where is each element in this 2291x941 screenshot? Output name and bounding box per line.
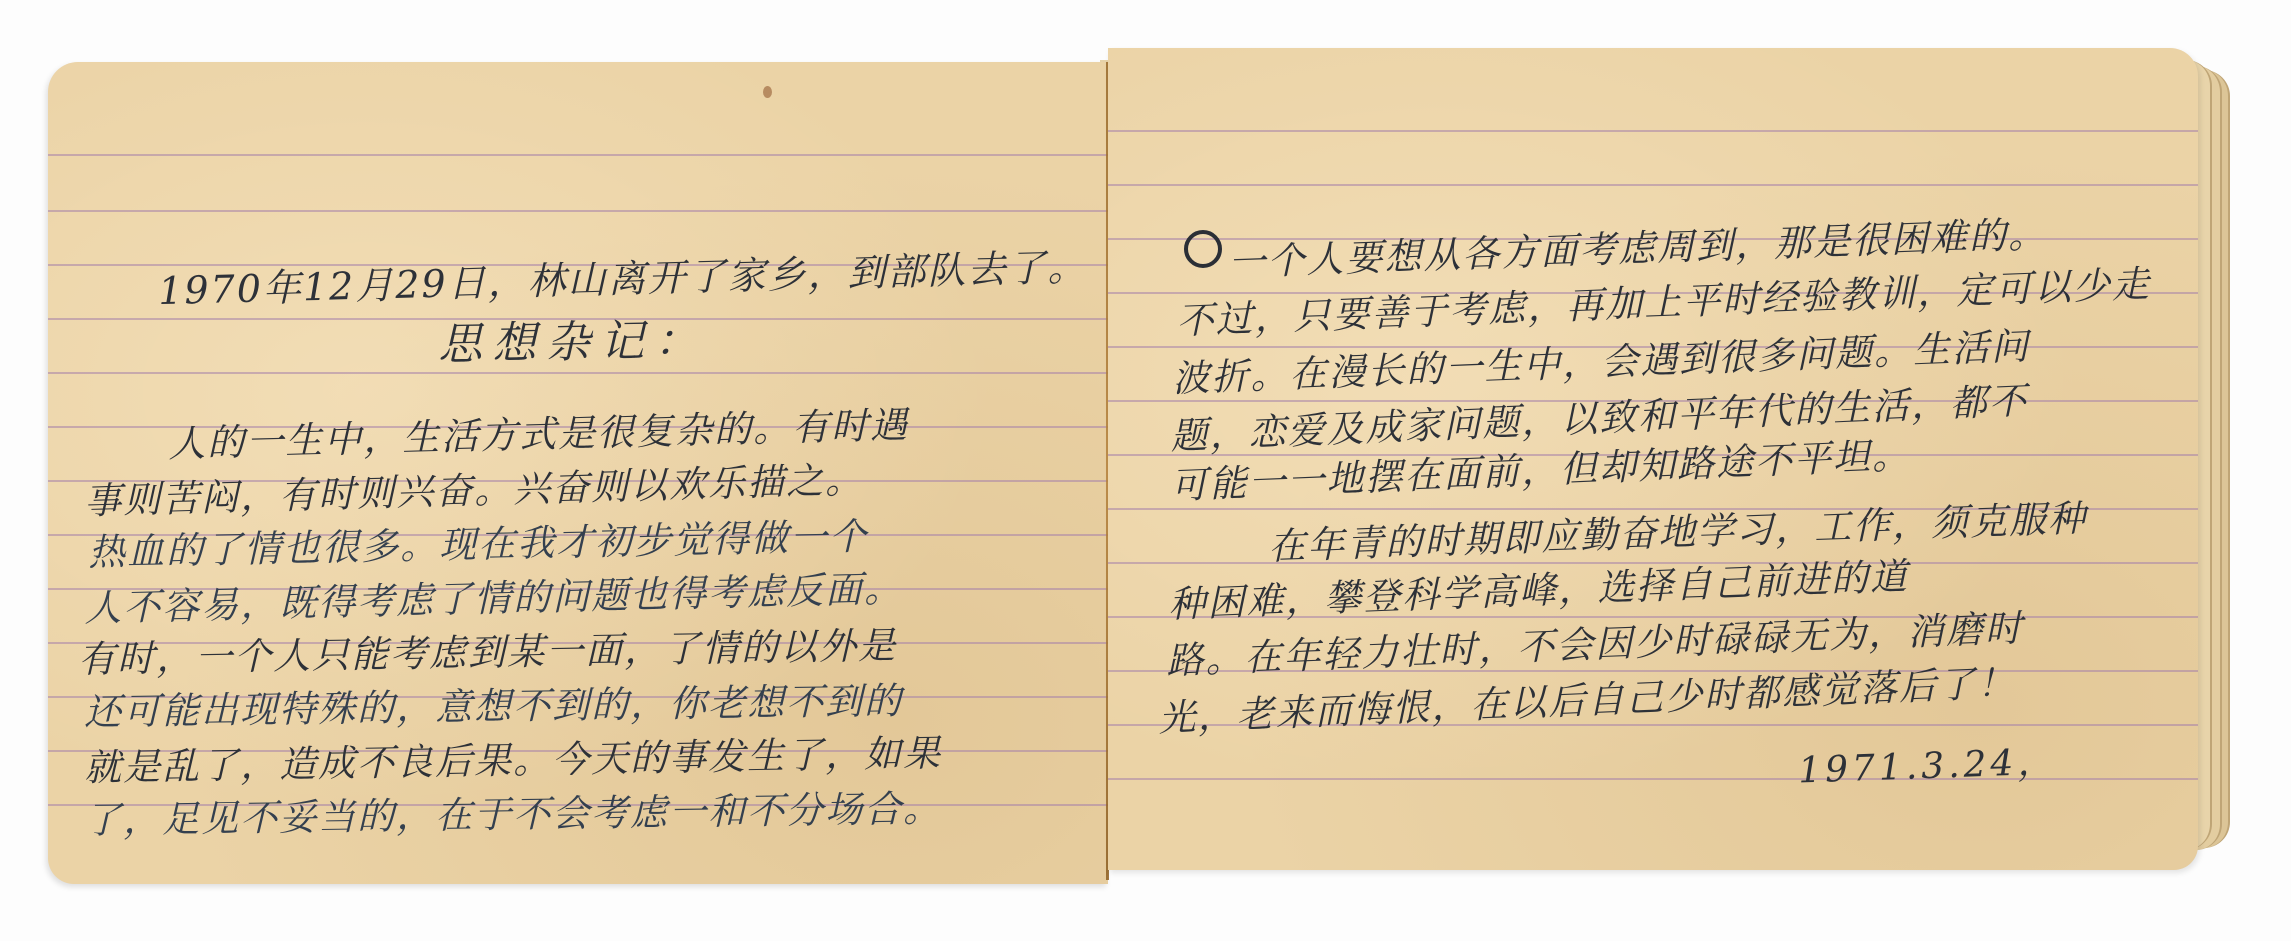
- journal-title: 思想杂记：: [437, 304, 708, 373]
- entry-header-line: 1970年12月29日，林山离开了家乡，到部队去了。: [157, 236, 1088, 315]
- ruled-line: [48, 210, 1108, 212]
- text-line: 了，足见不妥当的，在于不会考虑一和不分场合。: [84, 778, 943, 844]
- ruled-line: [48, 372, 1108, 374]
- right-page: 一个人要想从各方面考虑周到，那是很困难的。 不过，只要善于考虑，再加上平时经验教…: [1108, 48, 2198, 870]
- entry-date: 1971.3.24，: [1797, 733, 2058, 793]
- ruled-line: [1108, 130, 2198, 132]
- circled-margin-mark: [1184, 230, 1222, 268]
- left-page: 1970年12月29日，林山离开了家乡，到部队去了。 思想杂记： 人的一生中，生…: [48, 62, 1108, 884]
- notebook-spread: 1970年12月29日，林山离开了家乡，到部队去了。 思想杂记： 人的一生中，生…: [0, 0, 2291, 941]
- ink-stain: [763, 86, 772, 98]
- ruled-line: [48, 154, 1108, 156]
- ruled-line: [1108, 184, 2198, 186]
